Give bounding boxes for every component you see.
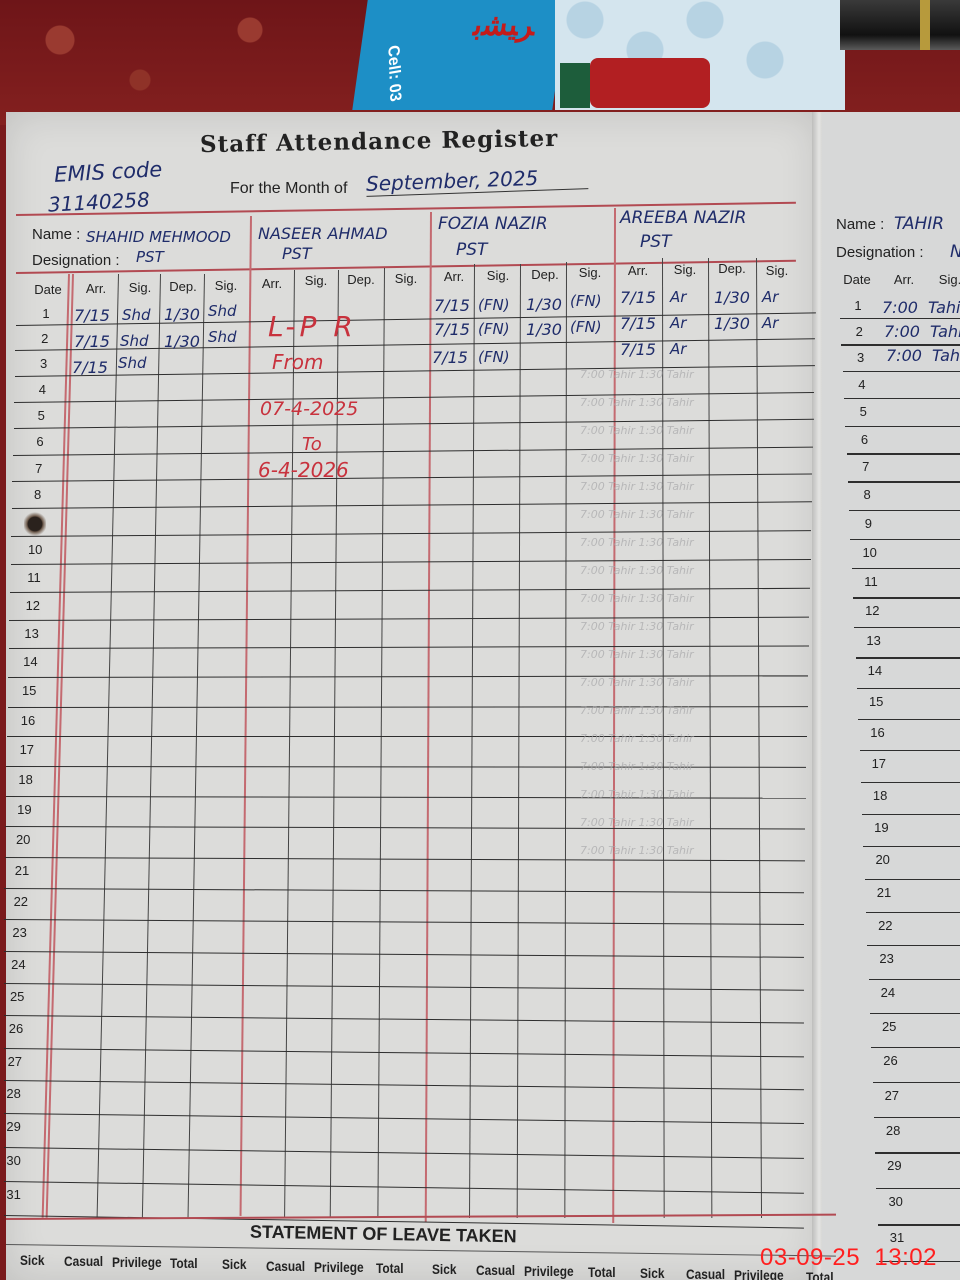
entry-dep: 1/30 <box>526 295 562 314</box>
bleed-through-mark: 7:00 Tahir 1:30 Tahir <box>580 452 694 465</box>
right-row-line <box>843 371 960 372</box>
right-row-line <box>874 1117 960 1118</box>
right-name-value: TAHIR <box>894 214 944 234</box>
entry-arr: 7/15 <box>432 348 468 367</box>
bleed-through-mark: 7:00 Tahir 1:30 Tahir <box>580 480 694 493</box>
leave-note-end: 6-4-2026 <box>258 458 349 482</box>
right-row-line <box>867 945 960 946</box>
right-row-line <box>840 318 960 319</box>
date-number: 24 <box>6 957 30 972</box>
date-number: 1 <box>34 306 58 321</box>
right-row-line <box>852 568 960 569</box>
leave-column-header: Casual <box>686 1266 725 1280</box>
entry-arr: 7/15 <box>620 288 656 307</box>
date-number: 26 <box>4 1021 28 1036</box>
entry-signature: Ar <box>670 314 686 332</box>
right-date-number: 10 <box>858 545 882 560</box>
staff-name-3: FOZIA NAZIR <box>438 214 548 234</box>
date-number: 21 <box>10 863 34 878</box>
right-date-number: 29 <box>882 1158 906 1173</box>
right-row-line <box>862 814 960 815</box>
right-date-number: 18 <box>868 788 892 803</box>
bleed-through-mark: 7:00 Tahir 1:30 Tahir <box>580 704 694 717</box>
fly-insect <box>24 512 46 536</box>
leave-column-header: Privilege <box>524 1263 574 1279</box>
right-date-number: 5 <box>851 404 875 419</box>
right-row-line <box>857 688 960 689</box>
bleed-through-mark: 7:00 Tahir 1:30 Tahir <box>580 676 694 689</box>
month-label: For the Month of <box>230 180 347 198</box>
col-dep: Dep. <box>713 261 751 276</box>
right-row-line <box>861 782 960 783</box>
right-date-number: 17 <box>867 756 891 771</box>
col-sig: Sig. <box>572 265 608 280</box>
col-sig: Sig. <box>759 263 795 278</box>
col-dep: Dep. <box>164 279 202 294</box>
leave-note-from: From <box>272 350 323 374</box>
bleed-through-mark: 7:00 Tahir 1:30 Tahir <box>580 424 694 437</box>
date-number: 29 <box>2 1119 26 1134</box>
name-label: Name : <box>32 226 80 243</box>
col-arr: Arr. <box>620 263 656 278</box>
right-date-number: 11 <box>859 574 883 589</box>
right-designation-value: N <box>950 242 960 262</box>
date-number: 15 <box>17 683 41 698</box>
right-date-number: 19 <box>869 820 893 835</box>
date-number: 2 <box>33 331 57 346</box>
bleed-through-mark: 7:00 Tahir 1:30 Tahir <box>580 760 694 773</box>
sign-urdu-text: ﺮﯿﺸﺑ <box>472 8 538 43</box>
right-row-line <box>871 1047 960 1048</box>
entry-arr: 7/15 <box>74 332 110 351</box>
right-sig-header: Sig. <box>932 272 960 287</box>
date-header: Date <box>32 282 64 297</box>
bleed-through-mark: 7:00 Tahir 1:30 Tahir <box>580 732 694 745</box>
entry-signature: Shd <box>208 328 237 346</box>
right-entry-signature: Tahir <box>932 346 960 365</box>
right-row-line <box>845 426 960 427</box>
right-entry-signature: Tahir <box>930 322 960 341</box>
timestamp-time: 13:02 <box>874 1244 937 1271</box>
right-row-line <box>848 481 960 482</box>
leave-column-header: Casual <box>266 1258 305 1274</box>
entry-signature: (FN) <box>570 292 602 310</box>
staff-designation-1: PST <box>136 248 164 266</box>
right-designation-label: Designation : <box>836 244 924 261</box>
entry-dep: 1/30 <box>714 314 750 333</box>
entry-dep: 1/30 <box>164 332 200 351</box>
right-row-line <box>878 1224 960 1225</box>
leave-column-header: Privilege <box>314 1259 364 1275</box>
entry-dep: 1/30 <box>164 305 200 324</box>
date-number: 20 <box>11 832 35 847</box>
leave-column-header: Sick <box>640 1265 664 1280</box>
bleed-through-mark: 7:00 Tahir 1:30 Tahir <box>580 620 694 633</box>
date-number: 11 <box>22 570 46 585</box>
right-date-number: 20 <box>871 852 895 867</box>
entry-signature: (FN) <box>478 320 510 338</box>
date-number: 30 <box>2 1153 26 1168</box>
entry-signature: Ar <box>762 314 778 332</box>
staff-name-2: NASEER AHMAD <box>258 224 388 243</box>
leave-column-header: Total <box>376 1260 404 1276</box>
date-number: 25 <box>5 989 29 1004</box>
right-row-line <box>866 912 960 913</box>
entry-signature: Shd <box>120 332 149 350</box>
right-row-line <box>856 657 960 658</box>
right-entry-arr: 7:00 <box>886 346 922 365</box>
right-row-line <box>869 979 960 980</box>
right-date-number: 27 <box>880 1088 904 1103</box>
right-date-number: 4 <box>850 377 874 392</box>
date-number: 28 <box>2 1086 26 1101</box>
leave-column-header: Casual <box>64 1253 103 1269</box>
bleed-through-mark: 7:00 Tahir 1:30 Tahir <box>580 816 694 829</box>
date-number: 27 <box>3 1054 27 1069</box>
bleed-through-mark: 7:00 Tahir 1:30 Tahir <box>580 788 694 801</box>
date-number: 3 <box>32 356 56 371</box>
date-number: 8 <box>26 487 50 502</box>
col-sig: Sig. <box>298 273 334 288</box>
date-number: 12 <box>21 598 45 613</box>
sign-cell-text: Cell: 03 <box>383 44 403 103</box>
right-date-number: 23 <box>875 951 899 966</box>
date-number: 23 <box>8 925 32 940</box>
right-row-line <box>854 627 960 628</box>
right-date-number: 12 <box>860 603 884 618</box>
background-red-box <box>590 58 710 108</box>
bleed-through-mark: 7:00 Tahir 1:30 Tahir <box>580 564 694 577</box>
date-number: 6 <box>28 434 52 449</box>
entry-signature: Ar <box>670 340 686 358</box>
col-sig: Sig. <box>480 268 516 283</box>
right-date-number: 30 <box>884 1194 908 1209</box>
leave-note-lpr: L-P R <box>268 310 357 343</box>
date-number: 31 <box>2 1187 26 1202</box>
entry-dep: 1/30 <box>714 288 750 307</box>
timestamp-date: 03-09-25 <box>760 1244 860 1271</box>
right-date-number: 16 <box>866 725 890 740</box>
entry-arr: 7/15 <box>72 358 108 377</box>
col-arr: Arr. <box>436 269 472 284</box>
right-row-line <box>844 398 960 399</box>
staff-name-4: AREEBA NAZIR <box>620 208 746 228</box>
right-date-number: 14 <box>863 663 887 678</box>
pen-icon <box>840 0 960 50</box>
designation-label: Designation : <box>32 252 120 269</box>
right-date-number: 24 <box>876 985 900 1000</box>
entry-signature: Ar <box>670 288 686 306</box>
date-number: 7 <box>27 461 51 476</box>
date-number: 17 <box>15 742 39 757</box>
col-dep: Dep. <box>342 272 380 287</box>
staff-designation-3: PST <box>456 240 487 260</box>
right-row-line <box>858 719 960 720</box>
right-date-number: 2 <box>847 324 871 339</box>
right-row-line <box>875 1152 960 1153</box>
bleed-through-mark: 7:00 Tahir 1:30 Tahir <box>580 536 694 549</box>
bleed-through-mark: 7:00 Tahir 1:30 Tahir <box>580 396 694 409</box>
leave-note-start: 07-4-2025 <box>260 398 358 420</box>
right-row-line <box>863 846 960 847</box>
right-date-number: 1 <box>846 298 870 313</box>
col-sig: Sig. <box>388 271 424 286</box>
right-row-line <box>865 879 960 880</box>
leave-column-header: Sick <box>432 1261 456 1277</box>
entry-signature: Ar <box>762 288 778 306</box>
bleed-through-mark: 7:00 Tahir 1:30 Tahir <box>580 844 694 857</box>
entry-arr: 7/15 <box>434 296 470 315</box>
bleed-through-mark: 7:00 Tahir 1:30 Tahir <box>580 648 694 661</box>
date-number: 4 <box>30 382 54 397</box>
date-number: 10 <box>23 542 47 557</box>
background-sign: ﺮﯿﺸﺑ Cell: 03 <box>352 0 567 110</box>
right-row-line <box>860 750 960 751</box>
right-date-number: 7 <box>854 459 878 474</box>
right-entry-arr: 7:00 <box>884 322 920 341</box>
right-row-line <box>876 1188 960 1189</box>
staff-designation-2: PST <box>282 244 312 263</box>
entry-signature: Shd <box>118 354 147 372</box>
right-entry-arr: 7:00 <box>882 298 918 317</box>
bleed-through-mark: 7:00 Tahir 1:30 Tahir <box>580 368 694 381</box>
entry-arr: 7/15 <box>74 306 110 325</box>
right-arr-header: Arr. <box>886 272 922 287</box>
bleed-through-mark: 7:00 Tahir 1:30 Tahir <box>580 508 694 521</box>
date-number: 16 <box>16 713 40 728</box>
col-arr: Arr. <box>254 276 290 291</box>
date-number: 22 <box>9 894 33 909</box>
leave-column-header: Sick <box>222 1256 246 1272</box>
right-row-line <box>873 1082 960 1083</box>
right-entry-signature: Tahir <box>928 298 960 317</box>
right-row-line <box>870 1013 960 1014</box>
entry-signature: (FN) <box>570 318 602 336</box>
date-number: 5 <box>29 408 53 423</box>
date-number: 18 <box>14 772 38 787</box>
entry-signature: (FN) <box>478 296 510 314</box>
right-row-line <box>841 344 960 345</box>
col-sig: Sig. <box>122 280 158 295</box>
col-sig: Sig. <box>208 278 244 293</box>
staff-name-1: SHAHID MEHMOOD <box>86 228 231 246</box>
entry-arr: 7/15 <box>620 340 656 359</box>
entry-dep: 1/30 <box>526 320 562 339</box>
register-right-page <box>822 112 960 1280</box>
col-dep: Dep. <box>526 267 564 282</box>
right-row-line <box>849 510 960 511</box>
leave-column-header: Total <box>588 1264 616 1280</box>
right-date-number: 26 <box>879 1053 903 1068</box>
right-date-number: 8 <box>855 487 879 502</box>
date-number: 19 <box>12 802 36 817</box>
right-row-line <box>853 597 960 598</box>
leave-note-to: To <box>302 434 322 455</box>
leave-column-header: Privilege <box>112 1254 162 1270</box>
right-date-number: 22 <box>873 918 897 933</box>
entry-signature: Shd <box>122 306 151 324</box>
leave-column-header: Total <box>170 1255 198 1271</box>
leave-column-header: Casual <box>476 1262 515 1278</box>
right-date-number: 25 <box>877 1019 901 1034</box>
date-number: 13 <box>20 626 44 641</box>
right-row-line <box>847 453 960 454</box>
entry-signature: Shd <box>208 302 237 320</box>
right-date-number: 21 <box>872 885 896 900</box>
leave-column-header: Sick <box>20 1252 44 1268</box>
right-date-number: 13 <box>862 633 886 648</box>
right-date-number: 28 <box>881 1123 905 1138</box>
entry-arr: 7/15 <box>434 320 470 339</box>
entry-arr: 7/15 <box>620 314 656 333</box>
right-date-number: 9 <box>856 516 880 531</box>
col-sig: Sig. <box>667 262 703 277</box>
right-row-line <box>850 539 960 540</box>
camera-timestamp: 03-09-25 13:02 <box>760 1244 937 1272</box>
right-name-label: Name : <box>836 216 884 233</box>
right-date-header: Date <box>840 272 874 287</box>
right-date-number: 3 <box>849 350 873 365</box>
bleed-through-mark: 7:00 Tahir 1:30 Tahir <box>580 592 694 605</box>
right-date-number: 15 <box>864 694 888 709</box>
right-date-number: 6 <box>853 432 877 447</box>
staff-designation-4: PST <box>640 232 671 252</box>
right-date-number: 31 <box>885 1230 909 1245</box>
col-arr: Arr. <box>78 281 114 296</box>
date-number: 14 <box>18 654 42 669</box>
entry-signature: (FN) <box>478 348 510 366</box>
